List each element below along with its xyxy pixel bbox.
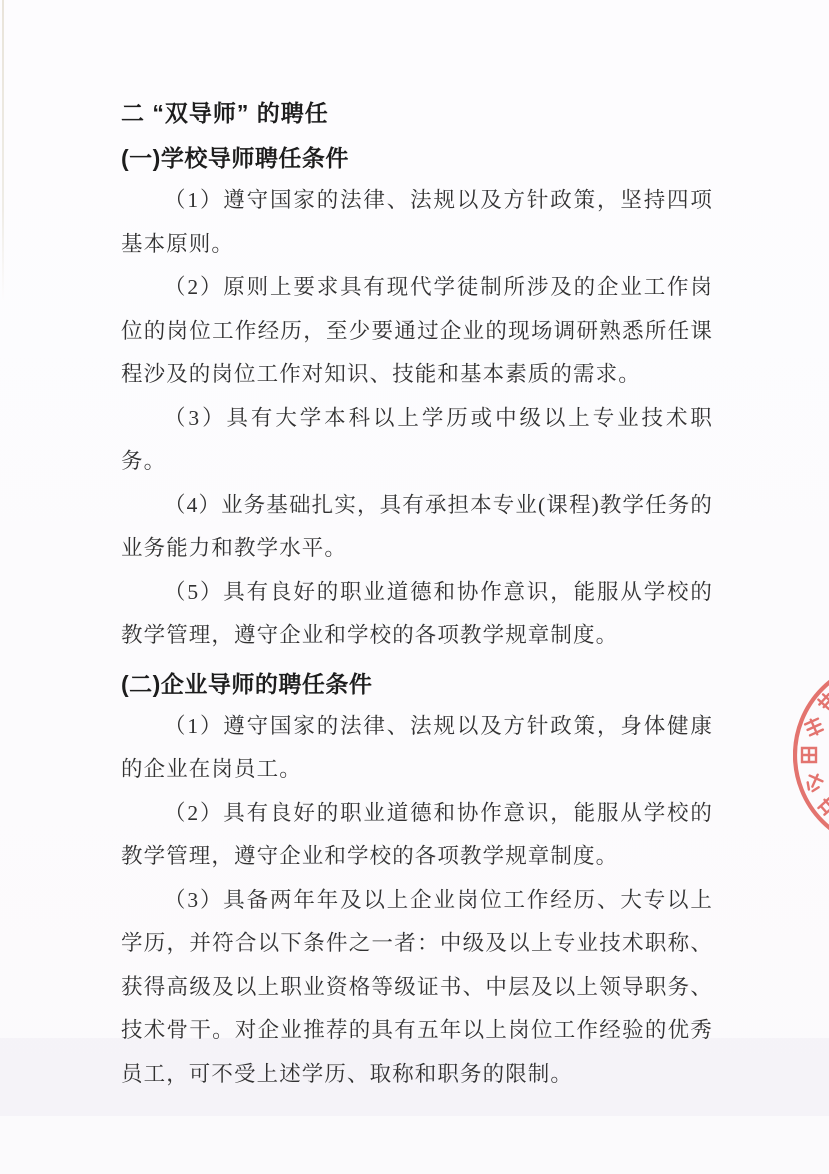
document-title: 二 “双导师” 的聘任 [121, 96, 713, 130]
paragraph-item: （4）业务基础扎实，具有承担本专业(课程)教学任务的业务能力和教学水平。 [121, 484, 713, 571]
page-edge-shadow [2, 0, 4, 300]
paragraph-item: （3）具有大学本科以上学历或中级以上专业技术职务。 [121, 397, 713, 484]
paragraph-item: （2）具有良好的职业道德和协作意识，能服从学校的教学管理，遵守企业和学校的各项教… [121, 792, 713, 879]
paragraph-item: （3）具备两年年及以上企业岗位工作经历、大专以上学历，并符合以下条件之一者：中级… [121, 879, 713, 1097]
red-seal-stamp-icon [793, 664, 829, 846]
paragraph-item: （2）原则上要求具有现代学徒制所涉及的企业工作岗位的岗位工作经历，至少要通过企业… [121, 266, 713, 397]
section-heading-enterprise-mentor: (二)企业导师的聘任条件 [121, 667, 713, 701]
document-body: 二 “双导师” 的聘任 (一)学校导师聘任条件 （1）遵守国家的法律、法规以及方… [121, 96, 713, 1096]
section-heading-school-mentor: (一)学校导师聘任条件 [121, 141, 713, 175]
paragraph-item: （5）具有良好的职业道德和协作意识，能服从学校的教学管理，遵守企业和学校的各项教… [121, 571, 713, 658]
paragraph-item: （1）遵守国家的法律、法规以及方针政策，坚持四项基本原则。 [121, 179, 713, 266]
scanned-page: 二 “双导师” 的聘任 (一)学校导师聘任条件 （1）遵守国家的法律、法规以及方… [0, 0, 829, 1174]
paragraph-item: （1）遵守国家的法律、法规以及方针政策，身体健康的企业在岗员工。 [121, 705, 713, 792]
